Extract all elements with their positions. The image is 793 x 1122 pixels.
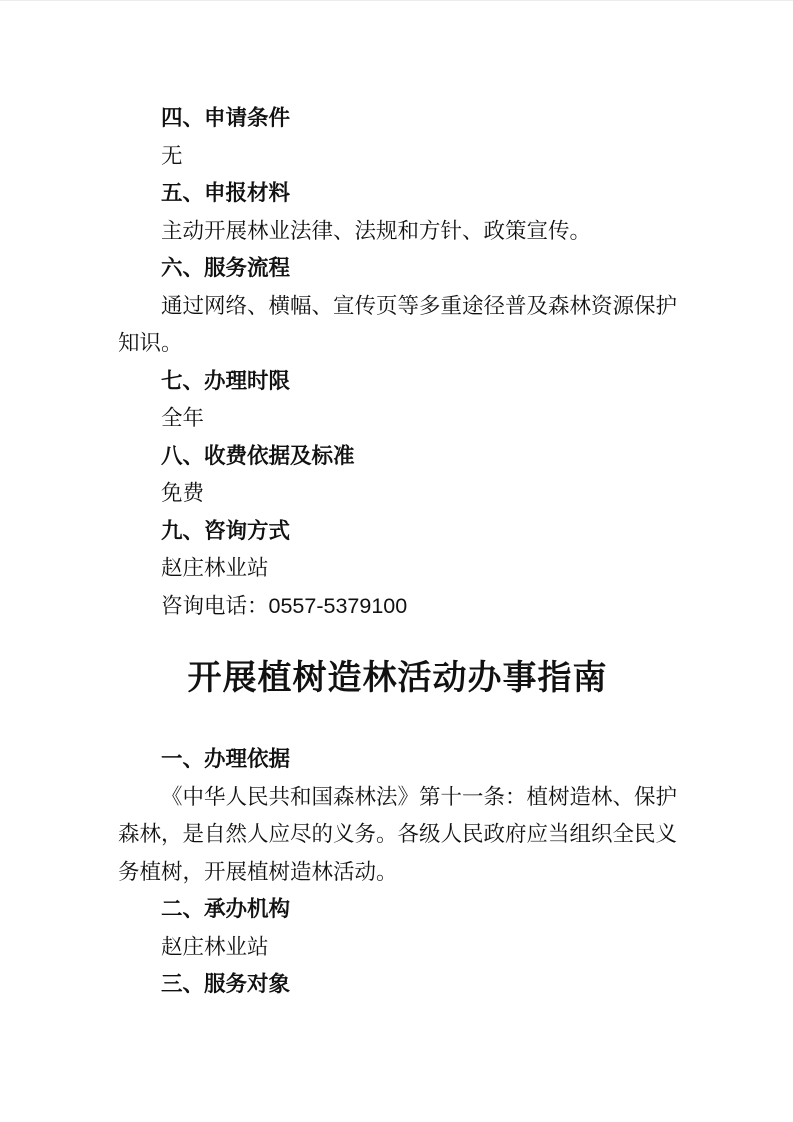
- body-paragraph-none: 无: [118, 138, 677, 176]
- section-heading-service-target: 三、服务对象: [118, 966, 677, 1004]
- body-paragraph-station-name-2: 赵庄林业站: [118, 929, 677, 967]
- body-paragraph-all-year: 全年: [118, 400, 677, 438]
- body-paragraph-free: 免费: [118, 475, 677, 513]
- body-paragraph-phone-number: 咨询电话：0557-5379100: [118, 588, 677, 626]
- document-title: 开展植树造林活动办事指南: [118, 653, 677, 703]
- section-heading-consultation: 九、咨询方式: [118, 513, 677, 551]
- body-paragraph-process: 通过网络、横幅、宣传页等多重途径普及森林资源保护知识。: [118, 288, 677, 363]
- section-heading-application-materials: 五、申报材料: [118, 175, 677, 213]
- section-heading-processing-time: 七、办理时限: [118, 363, 677, 401]
- body-paragraph-station-name: 赵庄林业站: [118, 550, 677, 588]
- section-heading-fee-basis: 八、收费依据及标准: [118, 438, 677, 476]
- section-heading-undertaking-agency: 二、承办机构: [118, 891, 677, 929]
- section-heading-legal-basis: 一、办理依据: [118, 741, 677, 779]
- section-heading-application-conditions: 四、申请条件: [118, 100, 677, 138]
- section-heading-service-process: 六、服务流程: [118, 250, 677, 288]
- body-paragraph-materials: 主动开展林业法律、法规和方针、政策宣传。: [118, 213, 677, 251]
- document-page: 四、申请条件 无 五、申报材料 主动开展林业法律、法规和方针、政策宣传。 六、服…: [0, 0, 793, 1122]
- body-paragraph-forest-law: 《中华人民共和国森林法》第十一条：植树造林、保护森林，是自然人应尽的义务。各级人…: [118, 779, 677, 892]
